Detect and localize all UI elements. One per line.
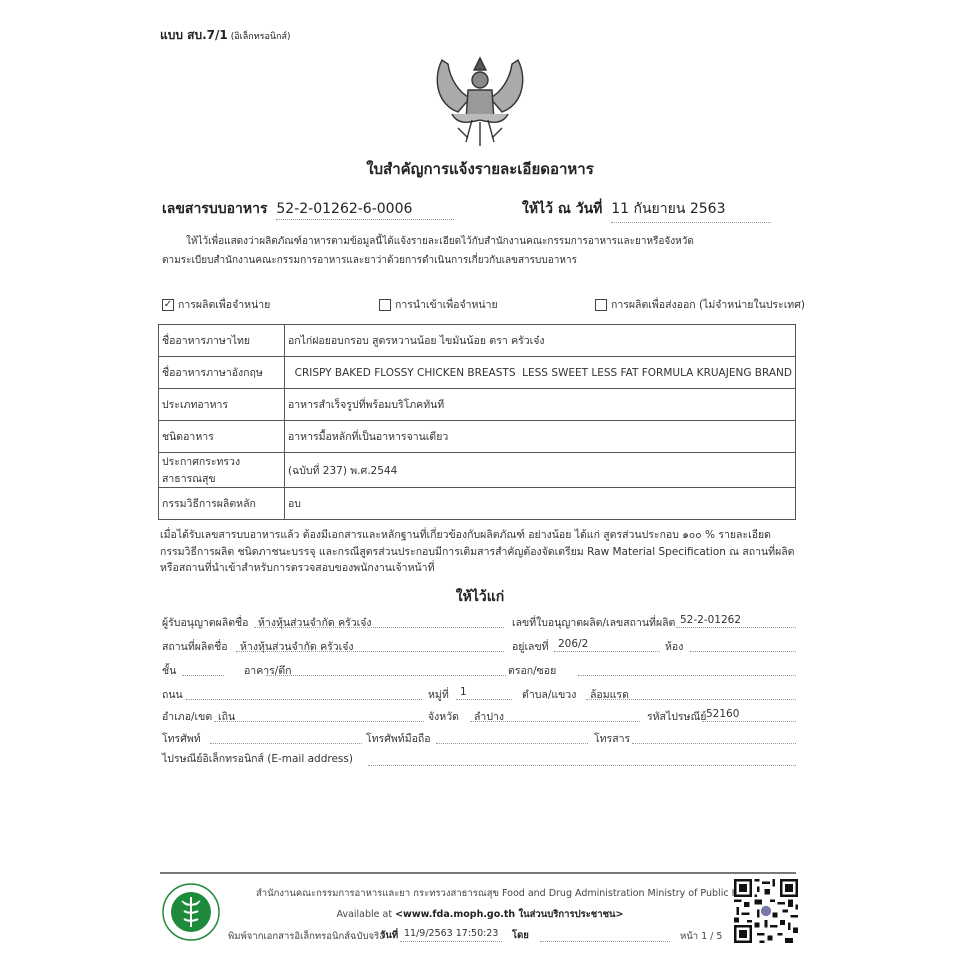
building-value — [266, 662, 506, 676]
fda-website-link[interactable]: <www.fda.moph.go.th ในส่วนบริการประชาชน> — [395, 909, 623, 920]
registration-number-row: เลขสารบบอาหาร 52-2-01262-6-0006 — [162, 198, 454, 220]
row-value: CRISPY BAKED FLOSSY CHICKEN BREASTS LESS… — [284, 357, 795, 389]
alley-value — [578, 662, 796, 676]
email-value — [368, 752, 796, 766]
row-label: ชนิดอาหาร — [159, 421, 285, 453]
row-value: อบ — [284, 488, 795, 520]
intro-line-2: ตามระเบียบสำนักงานคณะกรรมการอาหารและยาว่… — [162, 251, 802, 270]
table-row: กรรมวิธีการผลิตหลักอบ — [159, 488, 796, 520]
purpose-label: การนำเข้าเพื่อจำหน่าย — [395, 296, 498, 313]
qr-code-icon[interactable] — [734, 879, 798, 943]
issued-to-heading: ให้ไว้แก่ — [0, 586, 960, 608]
fax-label: โทรสาร — [594, 730, 630, 747]
license-number-label: เลขที่ใบอนุญาตผลิต/เลขสถานที่ผลิต — [512, 614, 675, 631]
moo-label: หมู่ที่ — [428, 686, 449, 703]
floor-value — [182, 662, 224, 676]
subdistrict-value: ล้อมแรด — [586, 686, 796, 700]
table-row: ชื่ออาหารภาษาไทย อกไก่ฝอยอบกรอบ สูตรหวาน… — [159, 325, 796, 357]
row-value: (ฉบับที่ 237) พ.ศ.2544 — [284, 453, 795, 488]
premises-label: สถานที่ผลิตชื่อ — [162, 638, 228, 655]
purpose-label: การผลิตเพื่อส่งออก (ไม่จำหน่ายในประเทศ) — [611, 296, 805, 313]
road-label: ถนน — [162, 686, 183, 703]
available-prefix: Available at — [337, 909, 396, 920]
row-value: อาหารสำเร็จรูปที่พร้อมบริโภคทันที — [284, 389, 795, 421]
print-date-label: วันที่ — [380, 928, 398, 943]
table-row: ประเภทอาหารอาหารสำเร็จรูปที่พร้อมบริโภคท… — [159, 389, 796, 421]
checkbox-unchecked-icon[interactable] — [595, 299, 607, 311]
licensee-value: ห้างหุ้นส่วนจำกัด ครัวเจ๋ง — [254, 614, 504, 628]
province-label: จังหวัด — [428, 708, 459, 725]
floor-label: ชั้น — [162, 662, 176, 679]
district-value: เถิน — [214, 708, 424, 722]
house-number-label: อยู่เลขที่ — [512, 638, 549, 655]
print-date-value: 11/9/2563 17:50:23 — [400, 928, 502, 942]
mobile-value — [436, 730, 588, 744]
room-label: ห้อง — [665, 638, 683, 655]
document-title: ใบสำคัญการแจ้งรายละเอียดอาหาร — [0, 157, 960, 181]
province-value: ลำปาง — [470, 708, 640, 722]
row-value: อกไก่ฝอยอบกรอบ สูตรหวานน้อย ไขมันน้อย ตร… — [284, 325, 795, 357]
fax-value — [632, 730, 796, 744]
phone-value — [210, 730, 362, 744]
registration-number-value: 52-2-01262-6-0006 — [276, 201, 454, 220]
moo-value: 1 — [456, 686, 512, 700]
form-code: แบบ สบ.7/1(อิเล็กทรอนิกส์) — [160, 26, 290, 45]
email-label: ไปรษณีย์อิเล็กทรอนิกส์ (E-mail address) — [162, 750, 353, 767]
garuda-emblem-icon — [428, 50, 532, 150]
footer-print-info: พิมพ์จากเอกสารอิเล็กทรอนิกส์ฉบับจริง — [228, 929, 384, 944]
table-row: ประกาศกระทรวงสาธารณสุข(ฉบับที่ 237) พ.ศ.… — [159, 453, 796, 488]
row-label: ชื่ออาหารภาษาอังกฤษ — [159, 357, 285, 389]
intro-line-1: ให้ไว้เพื่อแสดงว่าผลิตภัณฑ์อาหารตามข้อมู… — [186, 236, 694, 247]
checkbox-checked-icon[interactable]: ✓ — [162, 299, 174, 311]
subdistrict-label: ตำบล/แขวง — [522, 686, 576, 703]
page-indicator: หน้า 1 / 5 — [680, 929, 722, 944]
footer-available: Available at <www.fda.moph.go.th ในส่วนบ… — [0, 907, 960, 922]
footer-agency: สำนักงานคณะกรรมการอาหารและยา กระทรวงสาธา… — [256, 886, 763, 901]
form-code-text: แบบ สบ.7/1 — [160, 28, 228, 42]
licensee-label: ผู้รับอนุญาตผลิตชื่อ — [162, 614, 248, 631]
issue-date-row: ให้ไว้ ณ วันที่ 11 กันยายน 2563 — [522, 198, 771, 223]
alley-label: ตรอก/ซอย — [508, 662, 556, 679]
license-number-value: 52-2-01262 — [676, 614, 796, 628]
table-row: ชื่ออาหารภาษาอังกฤษ CRISPY BAKED FLOSSY … — [159, 357, 796, 389]
phone-label: โทรศัพท์ — [162, 730, 201, 747]
requirements-note: เมื่อได้รับเลขสารบบอาหารแล้ว ต้องมีเอกสา… — [160, 527, 800, 577]
row-label: ชื่ออาหารภาษาไทย — [159, 325, 285, 357]
footer-divider — [160, 872, 796, 874]
printed-label: พิมพ์จากเอกสารอิเล็กทรอนิกส์ฉบับจริง — [228, 931, 384, 942]
row-label: ประเภทอาหาร — [159, 389, 285, 421]
postcode-value: 52160 — [702, 708, 796, 722]
purpose-import-sale[interactable]: การนำเข้าเพื่อจำหน่าย — [379, 296, 498, 313]
purpose-export[interactable]: การผลิตเพื่อส่งออก (ไม่จำหน่ายในประเทศ) — [595, 296, 805, 313]
issue-date-label: ให้ไว้ ณ วันที่ — [522, 201, 602, 217]
registration-number-label: เลขสารบบอาหาร — [162, 201, 268, 217]
room-value — [690, 638, 796, 652]
row-label: ประกาศกระทรวงสาธารณสุข — [159, 453, 285, 488]
food-details-table: ชื่ออาหารภาษาไทย อกไก่ฝอยอบกรอบ สูตรหวาน… — [158, 324, 796, 520]
mobile-label: โทรศัพท์มือถือ — [366, 730, 431, 747]
postcode-label: รหัสไปรษณีย์ — [647, 708, 706, 725]
purpose-manufacture-sale[interactable]: ✓ การผลิตเพื่อจำหน่าย — [162, 296, 270, 313]
issue-date-value: 11 กันยายน 2563 — [611, 198, 771, 223]
road-value — [186, 686, 422, 700]
printed-by-label: โดย — [512, 928, 529, 943]
checkbox-unchecked-icon[interactable] — [379, 299, 391, 311]
house-number-value: 206/2 — [554, 638, 660, 652]
form-code-sub: (อิเล็กทรอนิกส์) — [231, 32, 291, 42]
table-row: ชนิดอาหารอาหารมื้อหลักที่เป็นอาหารจานเดี… — [159, 421, 796, 453]
district-label: อำเภอ/เขต — [162, 708, 212, 725]
printed-by-value — [540, 928, 670, 942]
row-value: อาหารมื้อหลักที่เป็นอาหารจานเดียว — [284, 421, 795, 453]
intro-text: ให้ไว้เพื่อแสดงว่าผลิตภัณฑ์อาหารตามข้อมู… — [162, 232, 802, 270]
row-label: กรรมวิธีการผลิตหลัก — [159, 488, 285, 520]
premises-value: ห้างหุ้นส่วนจำกัด ครัวเจ๋ง — [236, 638, 504, 652]
purpose-label: การผลิตเพื่อจำหน่าย — [178, 296, 270, 313]
